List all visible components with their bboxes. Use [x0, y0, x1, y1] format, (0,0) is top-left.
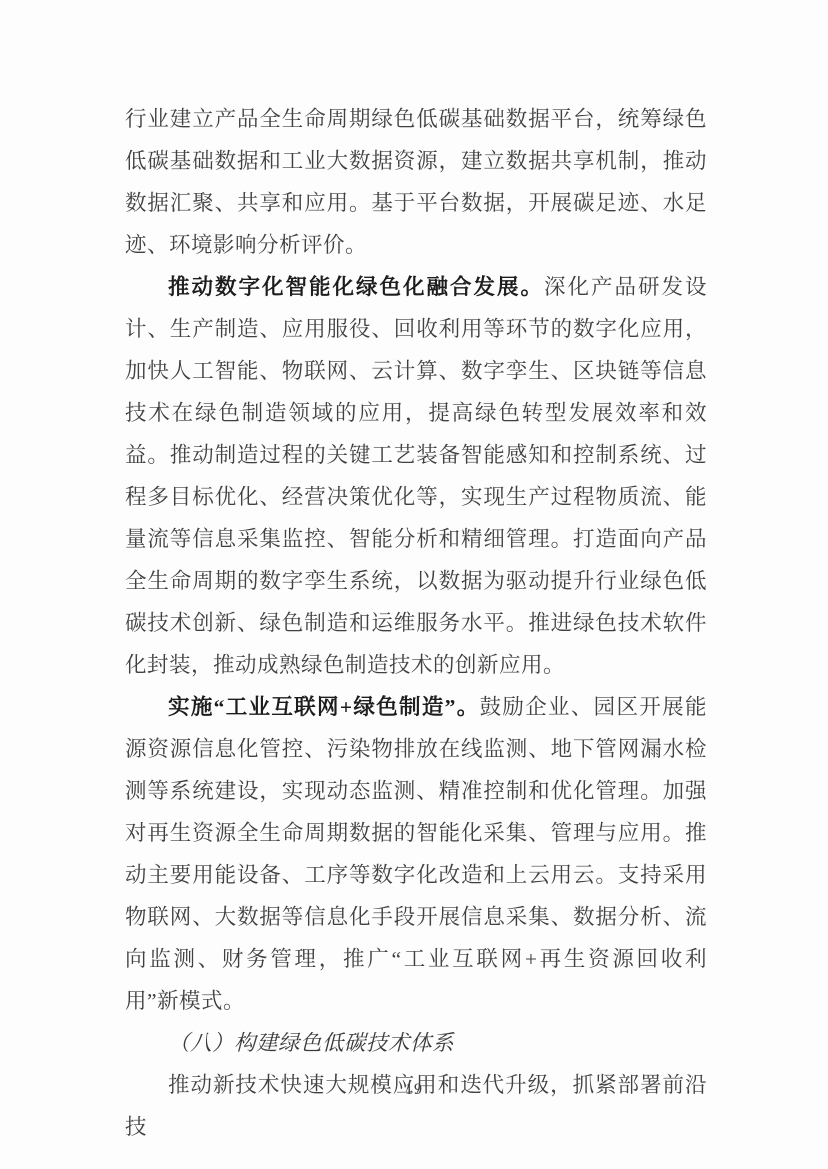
paragraph-bold-lead: 推动数字化智能化绿色化融合发展。	[168, 275, 544, 299]
document-body: 行业建立产品全生命周期绿色低碳基础数据平台，统筹绿色低碳基础数据和工业大数据资源…	[125, 98, 707, 1148]
paragraph: 推动新技术快速大规模应用和迭代升级，抓紧部署前沿技	[125, 1064, 707, 1148]
section-heading: （八）构建绿色低碳技术体系	[125, 1022, 707, 1064]
paragraph-bold-lead: 实施“工业互联网+绿色制造”。	[168, 695, 480, 719]
paragraph: 行业建立产品全生命周期绿色低碳基础数据平台，统筹绿色低碳基础数据和工业大数据资源…	[125, 98, 707, 266]
paragraph: 推动数字化智能化绿色化融合发展。深化产品研发设计、生产制造、应用服役、回收利用等…	[125, 266, 707, 686]
page-number: 19	[0, 1081, 828, 1099]
paragraph: 实施“工业互联网+绿色制造”。鼓励企业、园区开展能源资源信息化管控、污染物排放在…	[125, 686, 707, 1022]
document-page: 行业建立产品全生命周期绿色低碳基础数据平台，统筹绿色低碳基础数据和工业大数据资源…	[0, 0, 828, 1169]
